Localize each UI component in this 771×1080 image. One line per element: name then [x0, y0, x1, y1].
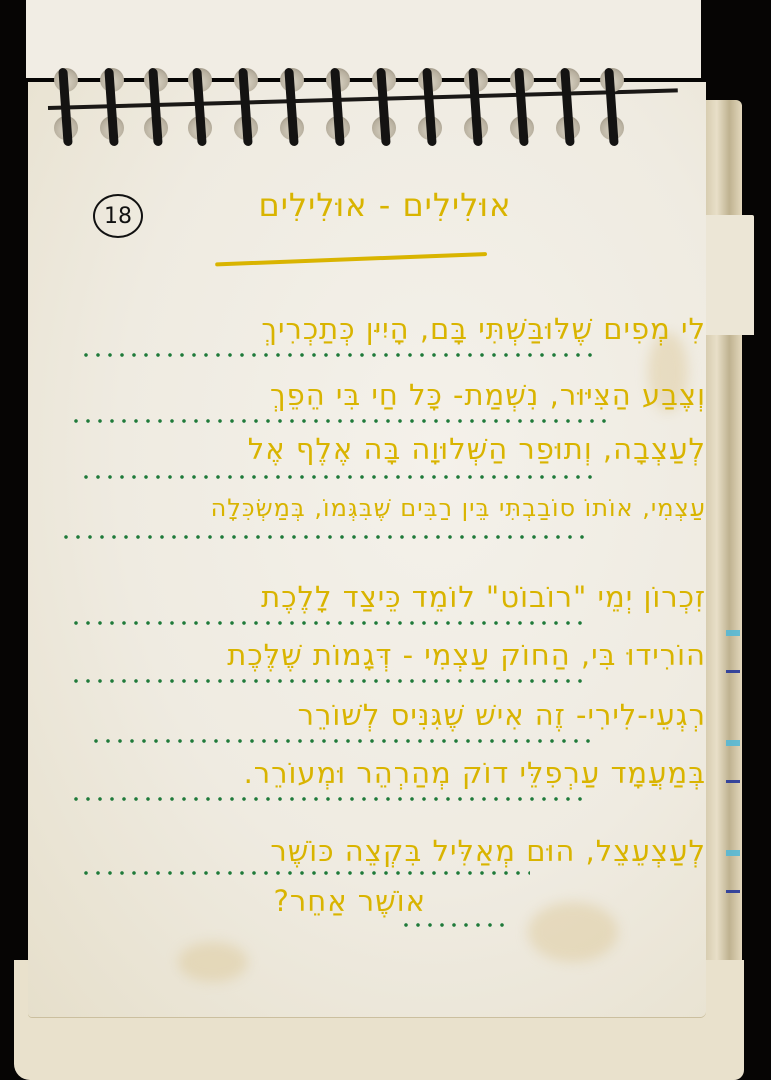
- protruding-page-tab: [700, 215, 754, 335]
- spiral-coil: [280, 38, 306, 146]
- spiral-coil: [188, 38, 214, 146]
- spiral-coil: [556, 38, 582, 146]
- poem-line: הוֹרִידוּ בִּי, הַחוֹק עַצְמִי - דְּגָמו…: [227, 638, 706, 672]
- niqqud-dots: [70, 678, 590, 684]
- niqqud-dots: [70, 418, 610, 424]
- niqqud-dots: [80, 474, 600, 480]
- spiral-binding: [48, 38, 678, 148]
- poem-line: לְעַצְעֵצֵל, הוּם מְאַלִּיל בִּקְצֵה כּו…: [270, 834, 706, 868]
- poem-line: וְצֶבַע הַצִּיּוּר, נִשְׁמַת- כָּל חַי ב…: [270, 378, 706, 412]
- poem-line: אוֹשֶׁר אַחֵר?: [273, 884, 426, 918]
- niqqud-dots: [80, 870, 530, 876]
- spiral-coil: [418, 38, 444, 146]
- poem-line: לְעַצְבָה, וְתוּפַר הַשְּׁלוּוָה בָּה אֶ…: [248, 432, 706, 466]
- paper-stain: [178, 942, 248, 982]
- niqqud-dots: [80, 352, 600, 358]
- niqqud-dots: [400, 922, 510, 928]
- spiral-coil: [372, 38, 398, 146]
- niqqud-dots: [90, 738, 590, 744]
- spiral-coil: [464, 38, 490, 146]
- niqqud-dots: [70, 620, 590, 626]
- poem-line: בְּמַעֲמָד עַרְפִלֵּי דוֹק מְהַרְהֵר וּמ…: [244, 756, 706, 790]
- spiral-rod: [48, 88, 678, 110]
- poem-line: עַצְמִי, אוֹתוֹ סוֹבַבְתִּי בֵּין רַבִּי…: [211, 494, 706, 522]
- page-number-circle: 18: [93, 194, 143, 238]
- spiral-coil: [510, 38, 536, 146]
- spiral-coil: [600, 38, 626, 146]
- paper-stain: [528, 902, 618, 962]
- spiral-coil: [326, 38, 352, 146]
- poem-line: לִי מְפִים שֶׁלּוּבַּשְׁתִּי בָּם, הָיִי…: [261, 312, 706, 346]
- poem-line: זִכְרוֹן יְמֵי "רוֹבוֹט" לוֹמֵד כֵּיצַד …: [261, 580, 706, 614]
- niqqud-dots: [70, 796, 590, 802]
- niqqud-dots: [60, 534, 590, 540]
- spiral-coil: [234, 38, 260, 146]
- poem-line: רְגְעֵי-לִירִי- זֶה אִישׁ שֶׁגִּנִּיס לְ…: [298, 698, 706, 732]
- spiral-coil: [144, 38, 170, 146]
- poem-title: אוּלִילִים - אוּלִילִים: [220, 186, 550, 224]
- spiral-coil: [54, 38, 80, 146]
- spiral-coil: [100, 38, 126, 146]
